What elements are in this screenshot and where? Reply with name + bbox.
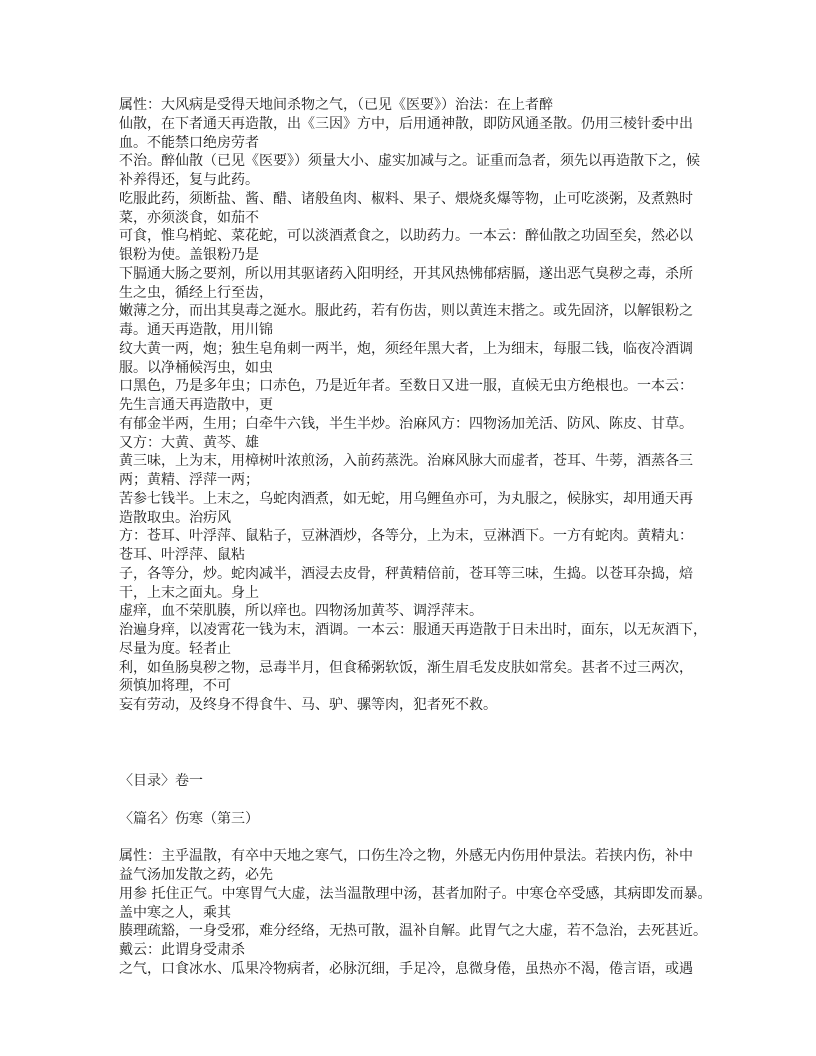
document-page: 属性：大风病是受得天地间杀物之气，（已见《医要》）治法：在上者醉 仙散，在下者通… xyxy=(119,96,703,979)
heading-spacer xyxy=(119,791,703,810)
text-line: 用参 托住正气。中寒胃气大虚，法当温散理中汤，甚者加附子。中寒仓卒受感，其病即发… xyxy=(119,885,703,904)
text-line: 益气汤加发散之药，必先 xyxy=(119,866,703,885)
text-line: 血。不能禁口绝房劳者 xyxy=(119,134,703,153)
section-spacer xyxy=(119,753,703,772)
text-line: 毒。通天再造散，用川锦 xyxy=(119,321,703,340)
section-spacer xyxy=(119,715,703,753)
text-line: 菜，亦须淡食，如茄不 xyxy=(119,209,703,228)
text-line: 子，各等分，炒。蛇肉减半，酒浸去皮骨，秤黄精倍前，苍耳等三味，生捣。以苍耳杂捣，… xyxy=(119,565,703,584)
heading-spacer xyxy=(119,828,703,847)
text-line: 方：苍耳、叶浮萍、鼠粘子，豆淋酒炒，各等分，上为末，豆淋酒下。一方有蛇肉。黄精丸… xyxy=(119,527,703,546)
text-line: 先生言通天再造散中，更 xyxy=(119,396,703,415)
text-line: 苍耳、叶浮萍、鼠粘 xyxy=(119,546,703,565)
text-line: 尽量为度。轻者止 xyxy=(119,640,703,659)
text-line: 服。以净桶候泻虫，如虫 xyxy=(119,359,703,378)
text-line: 生之虫，循经上行至齿， xyxy=(119,284,703,303)
text-line: 干，上末之面丸。身上 xyxy=(119,584,703,603)
text-line: 纹大黄一两，炮；独生皂角刺一两半，炮，须经年黑大者，上为细末，每服二钱，临夜冷酒… xyxy=(119,340,703,359)
text-line: 下膈通大肠之要剂，所以用其驱诸药入阳明经，开其风热怫郁痞膈，遂出恶气臭秽之毒，杀… xyxy=(119,265,703,284)
text-line: 利，如鱼肠臭秽之物，忌毒半月，但食稀粥软饭，渐生眉毛发皮肤如常矣。甚者不过三两次… xyxy=(119,659,703,678)
text-line: 造散取虫。治疠风 xyxy=(119,509,703,528)
text-line: 黄三味，上为末，用樟树叶浓煎汤，入前药蒸洗。治麻风脉大而虚者，苍耳、牛蒡，酒蒸各… xyxy=(119,452,703,471)
text-line: 属性：大风病是受得天地间杀物之气，（已见《医要》）治法：在上者醉 xyxy=(119,96,703,115)
text-line: 妄有劳动，及终身不得食牛、马、驴、骡等肉，犯者死不救。 xyxy=(119,696,703,715)
text-line: 虚痒，血不荣肌腠，所以痒也。四物汤加黄芩、调浮萍末。 xyxy=(119,602,703,621)
text-line: 嫩薄之分，而出其臭毒之涎水。服此药，若有伤齿，则以黄连末揩之。或先固济，以解银粉… xyxy=(119,302,703,321)
chapter-heading: 〈篇名〉伤寒（第三） xyxy=(119,810,703,829)
text-line: 银粉为使。盖银粉乃是 xyxy=(119,246,703,265)
catalog-heading: 〈目录〉卷一 xyxy=(119,772,703,791)
paragraph-cold-damage: 属性：主乎温散，有卒中天地之寒气，口伤生冷之物，外感无内伤用仲景法。若挟内伤，补… xyxy=(119,847,703,978)
text-line: 须慎加将理，不可 xyxy=(119,677,703,696)
text-line: 口黑色，乃是多年虫；口赤色，乃是近年者。至数日又进一服，直候无虫方绝根也。一本云… xyxy=(119,377,703,396)
text-line: 可食，惟乌梢蛇、菜花蛇，可以淡酒煮食之，以助药力。一本云：醉仙散之功固至矣，然必… xyxy=(119,227,703,246)
text-line: 属性：主乎温散，有卒中天地之寒气，口伤生冷之物，外感无内伤用仲景法。若挟内伤，补… xyxy=(119,847,703,866)
text-line: 治遍身痒，以凌霄花一钱为末，酒调。一本云：服通天再造散于日未出时，面东，以无灰酒… xyxy=(119,621,703,640)
text-line: 不治。醉仙散（已见《医要》）须量大小、虚实加减与之。证重而急者，须先以再造散下之… xyxy=(119,152,703,171)
text-line: 两；黄精、浮萍一两； xyxy=(119,471,703,490)
text-line: 仙散，在下者通天再造散，出《三因》方中，后用通神散，即防风通圣散。仍用三棱针委中… xyxy=(119,115,703,134)
text-line: 腠理疏豁，一身受邪，难分经络，无热可散，温补自解。此胃气之大虚，若不急治，去死甚… xyxy=(119,922,703,941)
text-line: 补养得还，复与此药。 xyxy=(119,171,703,190)
text-line: 盖中寒之人，乘其 xyxy=(119,904,703,923)
text-line: 又方：大黄、黄芩、雄 xyxy=(119,434,703,453)
text-line: 之气，口食冰水、瓜果冷物病者，必脉沉细，手足冷，息微身倦，虽热亦不渴，倦言语，或… xyxy=(119,960,703,979)
text-line: 苦参七钱半。上末之，乌蛇肉酒煮，如无蛇，用乌鲤鱼亦可，为丸服之，候脉实，却用通天… xyxy=(119,490,703,509)
paragraph-leprosy-treatment: 属性：大风病是受得天地间杀物之气，（已见《医要》）治法：在上者醉 仙散，在下者通… xyxy=(119,96,703,715)
text-line: 有郁金半两，生用；白牵牛六钱，半生半炒。治麻风方：四物汤加羌活、防风、陈皮、甘草… xyxy=(119,415,703,434)
text-line: 吃服此药，须断盐、酱、醋、诸般鱼肉、椒料、果子、煨烧炙爆等物，止可吃淡粥，及煮熟… xyxy=(119,190,703,209)
text-line: 戴云：此谓身受肃杀 xyxy=(119,941,703,960)
